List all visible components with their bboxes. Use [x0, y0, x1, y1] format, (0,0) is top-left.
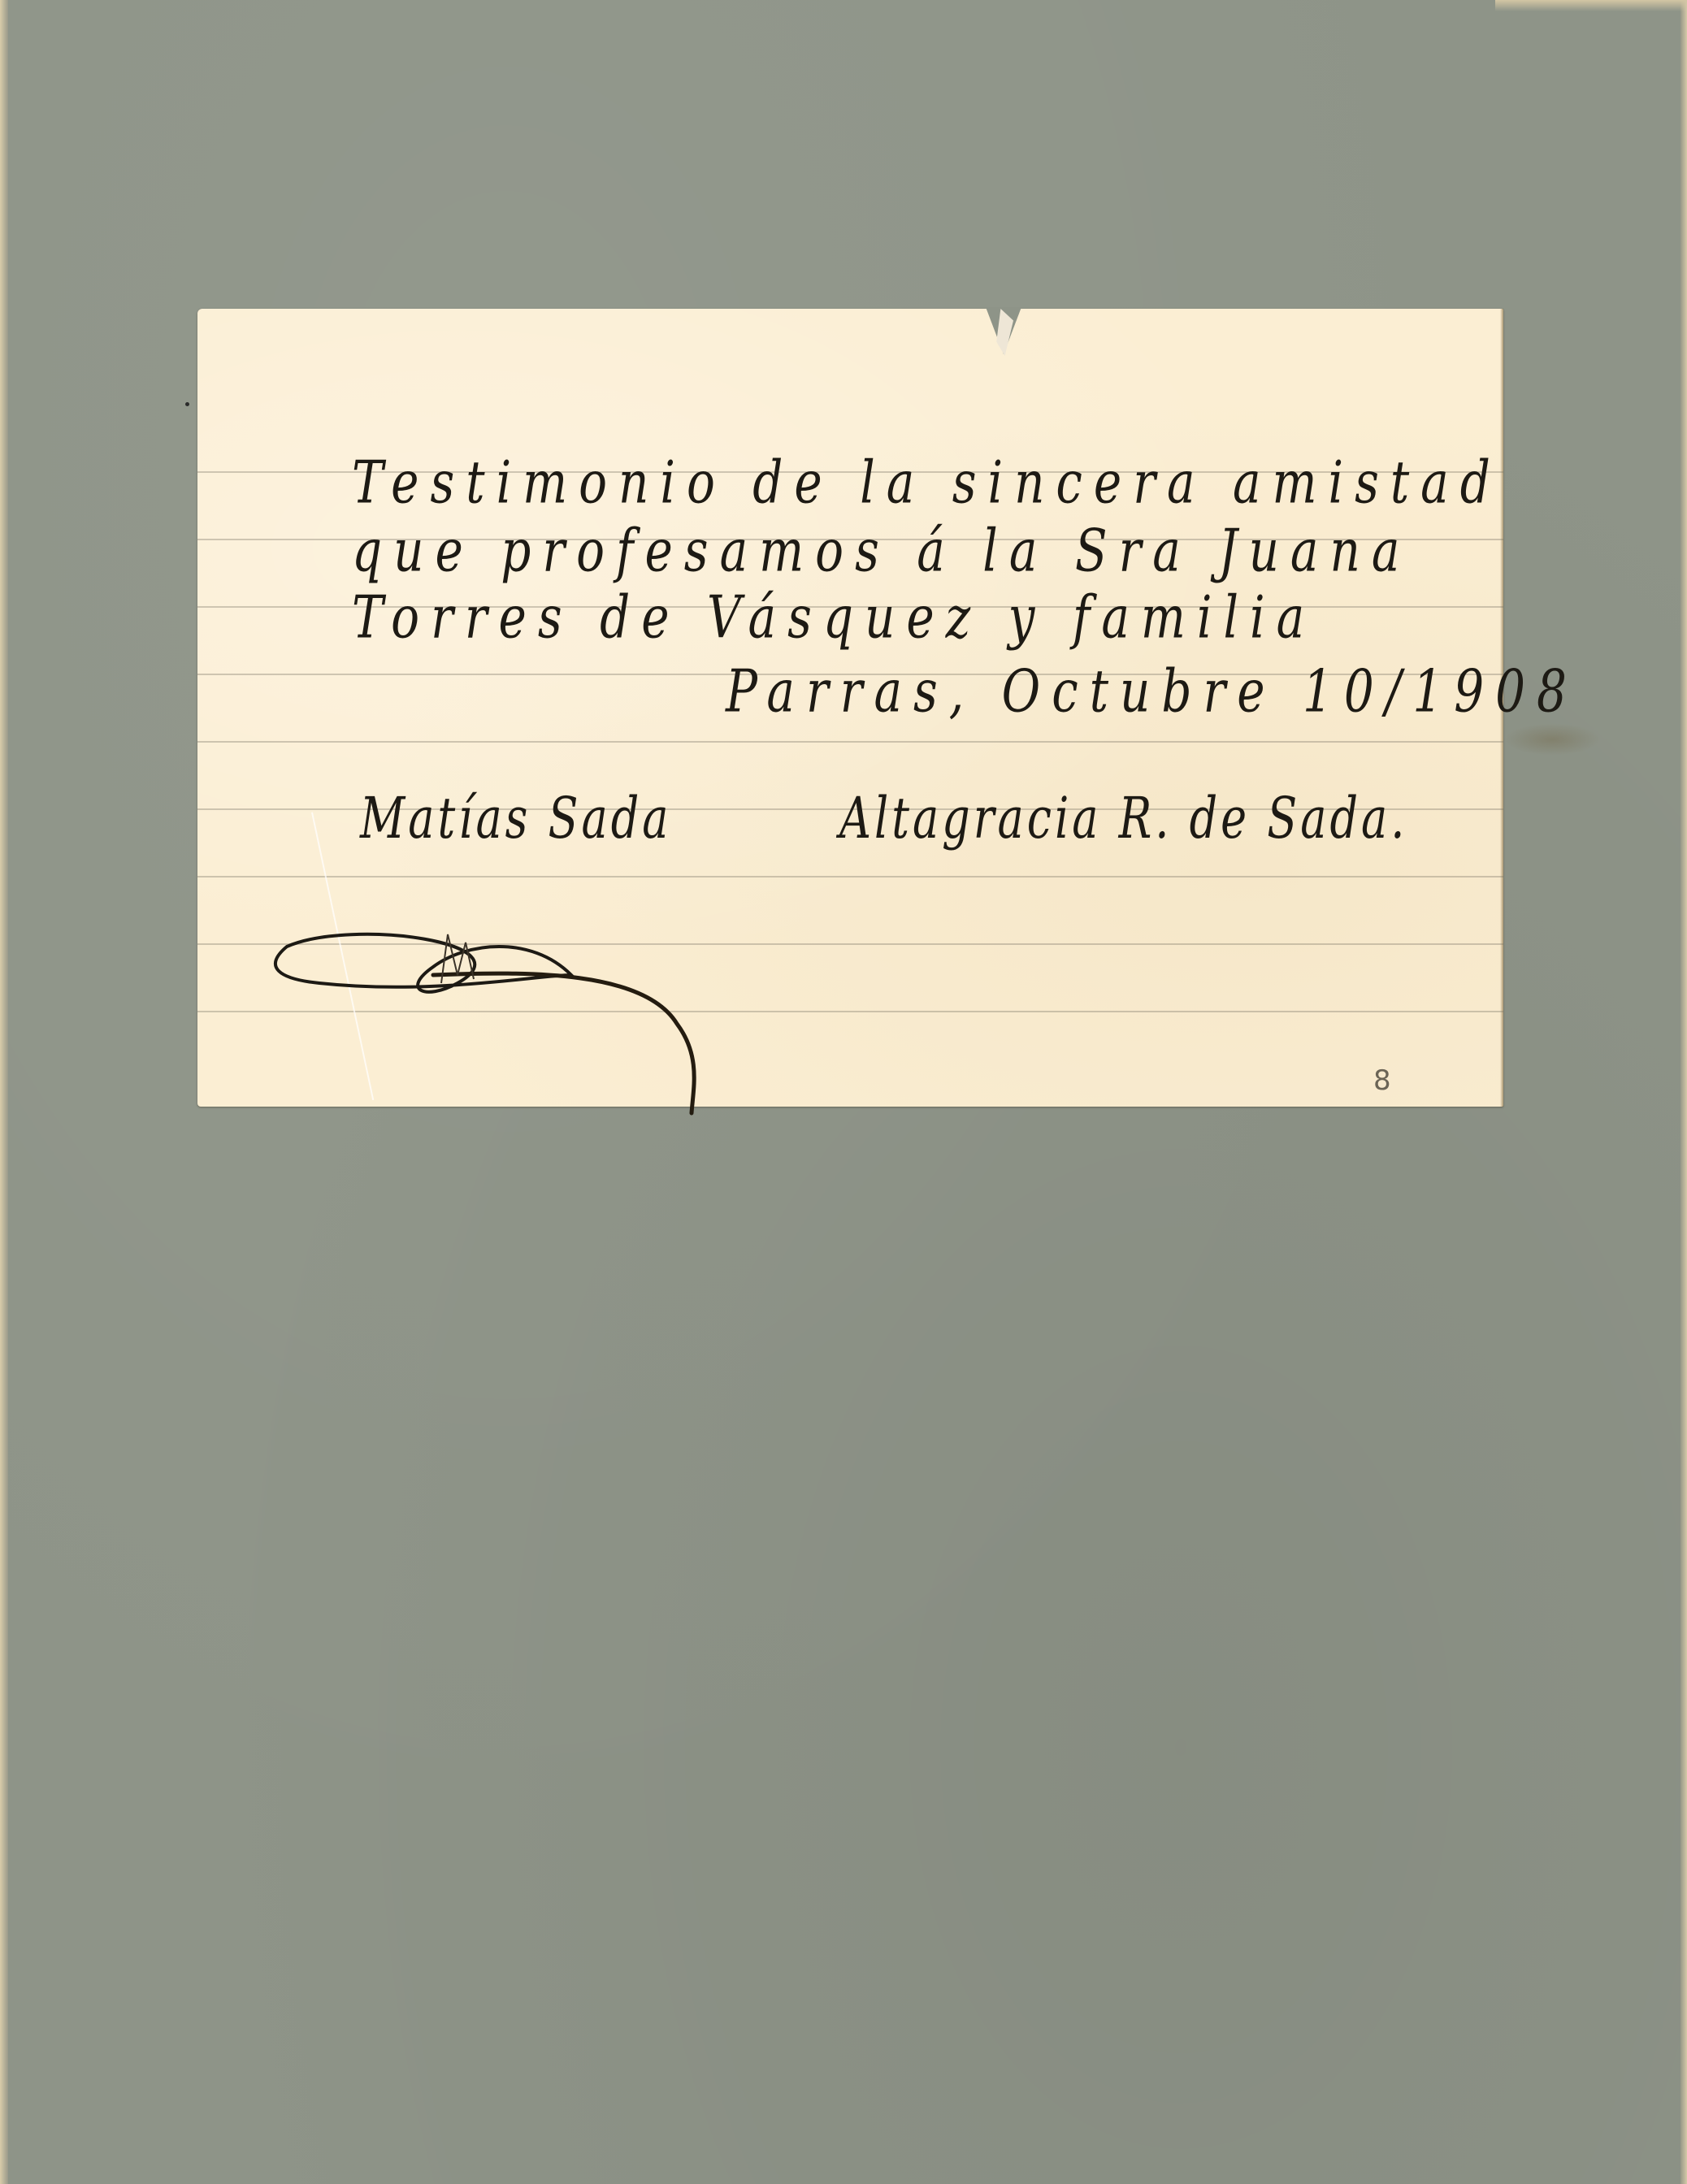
dust-speck — [185, 402, 189, 406]
signature-altagracia-sada: Altagracia R. de Sada. — [839, 785, 1407, 851]
mount-board-top-edge-wear — [1495, 0, 1687, 11]
dedication-line-1: Testimonio de la sincera amistad — [352, 448, 1502, 517]
signature-flourish — [189, 812, 807, 1137]
place-and-date: Parras, Octubre 10/1908 — [726, 656, 1578, 726]
dedication-line-3: Torres de Vásquez y familia — [352, 583, 1316, 652]
mount-board-left-edge — [0, 0, 8, 2184]
ruled-line — [197, 741, 1503, 743]
glue-stain — [1503, 723, 1601, 756]
dedication-line-2: que profesamos á la Sra Juana — [352, 516, 1411, 585]
mount-board-right-edge — [1680, 0, 1687, 2184]
dedication-card: Testimonio de la sincera amistad que pro… — [197, 309, 1503, 1107]
archive-number: 8 — [1373, 1064, 1391, 1097]
